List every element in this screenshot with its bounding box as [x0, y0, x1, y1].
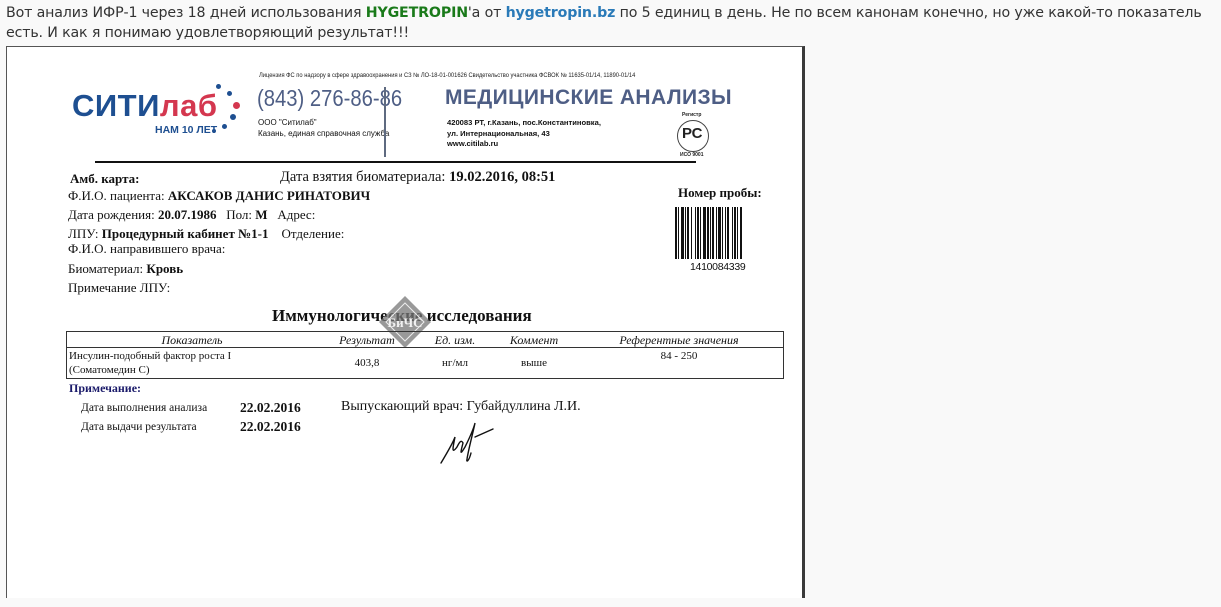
document-title: МЕДИЦИНСКИЕ АНАЛИЗЫ — [445, 86, 732, 110]
logo-subtitle: НАМ 10 ЛЕТ — [155, 124, 217, 136]
address-label: Адрес: — [277, 207, 315, 222]
header-result: Результат — [317, 332, 417, 348]
logo-part2: ЛАБ — [160, 88, 218, 123]
amb-card-label: Амб. карта: — [70, 171, 139, 187]
header-rule — [95, 161, 696, 163]
patient-name-label: Ф.И.О. пациента: — [68, 188, 165, 203]
indicator-line1: Инсулин-подобный фактор роста I — [69, 349, 315, 363]
analysis-date: 22.02.2016 — [240, 400, 301, 416]
results-table: Показатель Результат Ед. изм. Коммент Ре… — [66, 331, 784, 379]
lpu-note-label: Примечание ЛПУ: — [68, 280, 170, 296]
cert-top: Регистр — [682, 112, 701, 118]
address-line2: ул. Интернациональная, 43 — [447, 129, 601, 140]
signature-icon — [435, 417, 501, 467]
sample-date: 19.02.2016, 08:51 — [449, 169, 555, 185]
department-label: Отделение: — [281, 226, 344, 241]
post-text-intro: Вот анализ ИФР-1 через 18 дней использов… — [6, 5, 366, 21]
website: www.citilab.ru — [447, 139, 601, 150]
biomaterial-row: Биоматериал: Кровь — [68, 261, 183, 277]
cert-letters: РС — [682, 125, 702, 142]
logo-part1: СИТИ — [72, 88, 160, 123]
sample-date-label: Дата взятия биоматериала: — [280, 169, 445, 185]
citilab-logo: СИТИЛАБ — [72, 88, 217, 124]
issue-date: 22.02.2016 — [240, 419, 301, 435]
lpu: Процедурный кабинет №1-1 — [102, 226, 269, 241]
lpu-label: ЛПУ: — [68, 226, 99, 241]
sample-date-row: Дата взятия биоматериала: 19.02.2016, 08… — [280, 169, 555, 186]
comment-cell: выше — [493, 348, 575, 379]
header-indicator: Показатель — [67, 332, 318, 348]
unit-cell: нг/мл — [417, 348, 493, 379]
header-divider — [384, 87, 386, 157]
barcode — [675, 207, 769, 259]
indicator-cell: Инсулин-подобный фактор роста I(Соматоме… — [67, 348, 318, 379]
header-reference: Референтные значения — [575, 332, 784, 348]
patient-name-row: Ф.И.О. пациента: АКСАКОВ ДАНИС РИНАТОВИЧ — [68, 188, 370, 204]
indicator-line2: (Соматомедин С) — [69, 363, 315, 377]
doctor-name: Губайдуллина Л.И. — [467, 399, 581, 414]
analysis-date-label: Дата выполнения анализа — [81, 402, 207, 414]
table-header-row: Показатель Результат Ед. изм. Коммент Ре… — [67, 332, 784, 348]
sample-number-label: Номер пробы: — [678, 185, 762, 201]
biomaterial: Кровь — [146, 261, 183, 276]
org-info: ООО "Ситилаб" Казань, единая справочная … — [258, 117, 389, 139]
dob-row: Дата рождения: 20.07.1986 Пол: М Адрес: — [68, 207, 315, 223]
dob-label: Дата рождения: — [68, 207, 155, 222]
svg-text:БиЧС: БиЧС — [387, 315, 422, 330]
certification-icon: Регистр РС ИСО 9001 — [677, 120, 709, 152]
brand-name: HYGETROPIN — [366, 5, 468, 21]
table-row: Инсулин-подобный фактор роста I(Соматоме… — [67, 348, 784, 379]
reference-cell: 84 - 250 — [575, 348, 784, 379]
cert-bottom: ИСО 9001 — [680, 152, 703, 158]
biomaterial-label: Биоматериал: — [68, 261, 143, 276]
address-line1: 420083 РТ, г.Казань, пос.Константиновка, — [447, 118, 601, 129]
doctor-label: Выпускающий врач: — [341, 399, 463, 414]
post-text: Вот анализ ИФР-1 через 18 дней использов… — [6, 3, 1218, 43]
org-service: Казань, единая справочная служба — [258, 128, 389, 139]
lab-address: 420083 РТ, г.Казань, пос.Константиновка,… — [447, 118, 601, 150]
brand-link[interactable]: hygetropin.bz — [506, 5, 616, 21]
note-label: Примечание: — [69, 381, 141, 396]
header-unit: Ед. изм. — [417, 332, 493, 348]
header-comment: Коммент — [493, 332, 575, 348]
phone-number: (843) 276-86-86 — [257, 85, 402, 112]
license-text: Лицензия ФС по надзору в сфере здравоохр… — [259, 72, 635, 79]
lpu-row: ЛПУ: Процедурный кабинет №1-1 Отделение: — [68, 226, 344, 242]
issue-date-label: Дата выдачи результата — [81, 421, 197, 433]
lab-report: СИТИЛАБ НАМ 10 ЛЕТ Лицензия ФС по надзор… — [7, 47, 802, 598]
lab-report-image: СИТИЛАБ НАМ 10 ЛЕТ Лицензия ФС по надзор… — [6, 46, 805, 598]
referring-doctor-label: Ф.И.О. направившего врача: — [68, 241, 225, 257]
post-text-suffix: 'а от — [468, 5, 506, 21]
org-name: ООО "Ситилаб" — [258, 117, 389, 128]
dob: 20.07.1986 — [158, 207, 217, 222]
sex-label: Пол: — [226, 207, 252, 222]
sex: М — [255, 207, 267, 222]
doctor-row: Выпускающий врач: Губайдуллина Л.И. — [341, 399, 581, 415]
result-cell: 403,8 — [317, 348, 417, 379]
sample-number: 1410084339 — [690, 261, 745, 273]
patient-name: АКСАКОВ ДАНИС РИНАТОВИЧ — [168, 188, 370, 203]
